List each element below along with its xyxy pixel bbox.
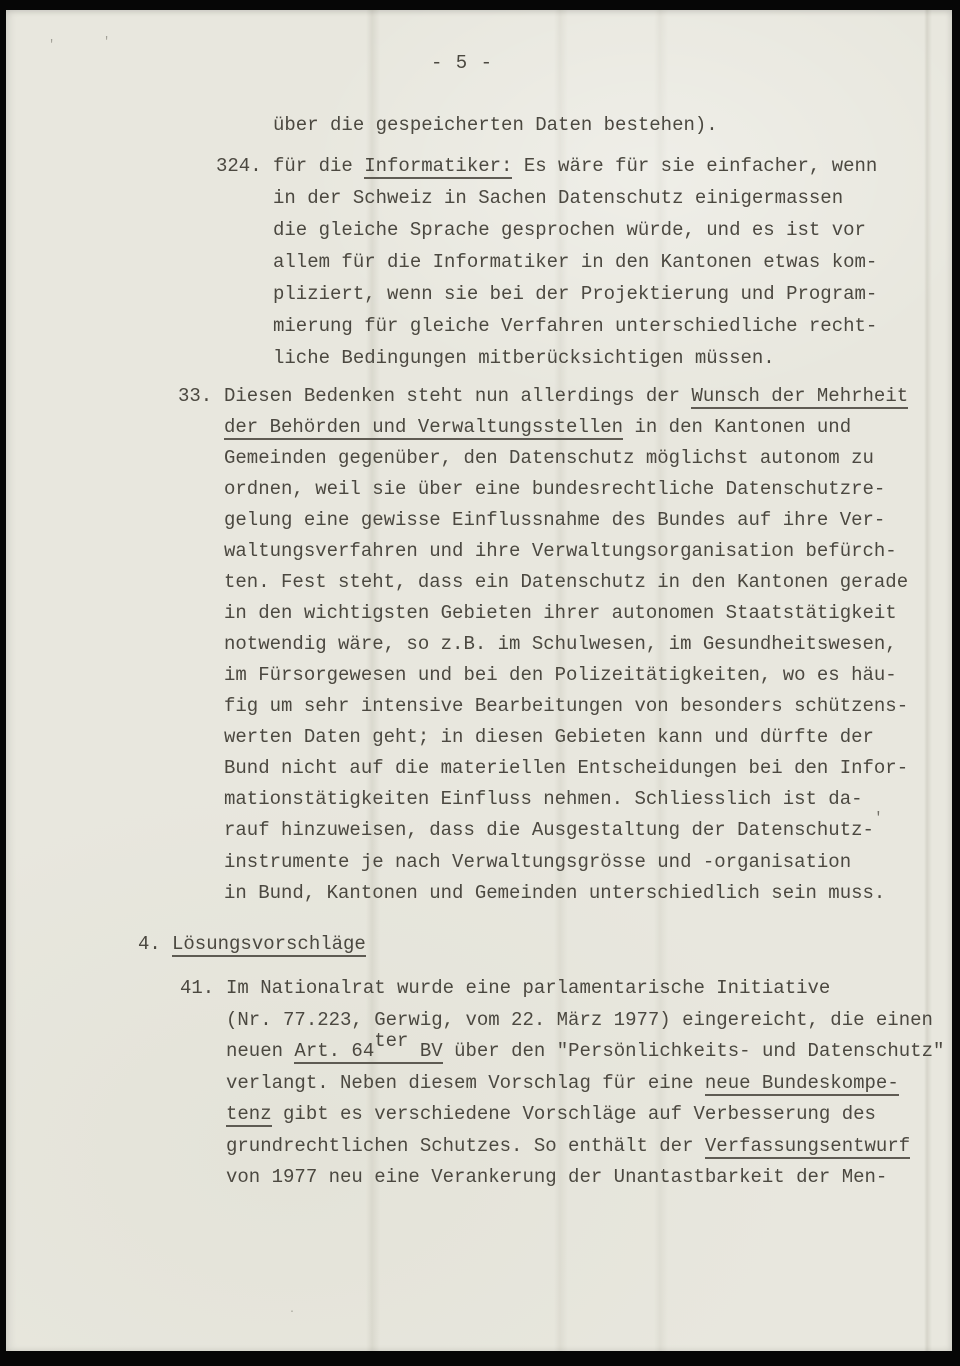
section-heading-4-number: 4. xyxy=(138,928,161,960)
text-line: rauf hinzuweisen, dass die Ausgestaltung… xyxy=(224,815,908,847)
text-line: in Bund, Kantonen und Gemeinden untersch… xyxy=(224,878,908,909)
page-number: - 5 - xyxy=(431,47,493,79)
scan-artifact-mark: ' xyxy=(874,810,883,827)
text-line: über die gespeicherten Daten bestehen). xyxy=(273,109,718,141)
scan-speck: ' xyxy=(103,35,110,49)
text-line: allem für die Informatiker in den Kanton… xyxy=(273,246,877,278)
item-33: 33.Diesen Bedenken steht nun allerdings … xyxy=(224,381,908,909)
text-line: pliziert, wenn sie bei der Projektierung… xyxy=(273,278,877,310)
scanner-background: { "page": { "number_label": "- 5 -", "pa… xyxy=(0,0,960,1366)
text-line: notwendig wäre, so z.B. im Schulwesen, i… xyxy=(224,629,908,660)
text-line: Diesen Bedenken steht nun allerdings der… xyxy=(224,381,908,412)
text-line: mierung für gleiche Verfahren unterschie… xyxy=(273,310,877,342)
text-line: tenz gibt es verschiedene Vorschläge auf… xyxy=(226,1099,944,1131)
text-line: liche Bedingungen mitberücksichtigen müs… xyxy=(273,342,877,374)
text-line: mationstätigkeiten Einfluss nehmen. Schl… xyxy=(224,784,908,815)
carryover-paragraph: über die gespeicherten Daten bestehen). xyxy=(273,109,718,141)
text-line: die gleiche Sprache gesprochen würde, un… xyxy=(273,214,877,246)
text-line: von 1977 neu eine Verankerung der Unanta… xyxy=(226,1162,944,1194)
item-41-number: 41. xyxy=(180,973,214,1005)
scan-speck: . xyxy=(289,1305,295,1316)
text-line: ten. Fest steht, dass ein Datenschutz in… xyxy=(224,567,908,598)
text-line: werten Daten geht; in diesen Gebieten ka… xyxy=(224,722,908,753)
text-line: im Fürsorgewesen und bei den Polizeitäti… xyxy=(224,660,908,691)
text-line: der Behörden und Verwaltungsstellen in d… xyxy=(224,412,908,443)
text-line: waltungsverfahren und ihre Verwaltungsor… xyxy=(224,536,908,567)
text-line: für die Informatiker: Es wäre für sie ei… xyxy=(273,150,877,182)
text-line: grundrechtlichen Schutzes. So enthält de… xyxy=(226,1131,944,1163)
text-line: Bund nicht auf die materiellen Entscheid… xyxy=(224,753,908,784)
text-line: in den wichtigsten Gebieten ihrer autono… xyxy=(224,598,908,629)
text-line: Gemeinden gegenüber, den Datenschutz mög… xyxy=(224,443,908,474)
text-line: Im Nationalrat wurde eine parlamentarisc… xyxy=(226,973,944,1005)
item-324: 324.für die Informatiker: Es wäre für si… xyxy=(273,150,877,374)
section-heading-4: 4.Lösungsvorschläge xyxy=(172,928,366,960)
item-33-number: 33. xyxy=(178,381,212,412)
text-line: ordnen, weil sie über eine bundesrechtli… xyxy=(224,474,908,505)
text-line: neuen Art. 64ter BV über den "Persönlich… xyxy=(226,1036,944,1068)
text-line: gelung eine gewisse Einflussnahme des Bu… xyxy=(224,505,908,536)
item-41: 41.Im Nationalrat wurde eine parlamentar… xyxy=(226,973,944,1194)
document-page: - 5 - ' ' . über die gespeicherten Daten… xyxy=(6,10,952,1351)
item-324-number: 324. xyxy=(216,150,262,182)
text-line: fig um sehr intensive Bearbeitungen von … xyxy=(224,691,908,722)
text-line: in der Schweiz in Sachen Datenschutz ein… xyxy=(273,182,877,214)
text-line: (Nr. 77.223, Gerwig, vom 22. März 1977) … xyxy=(226,1005,944,1037)
text-line: verlangt. Neben diesem Vorschlag für ein… xyxy=(226,1068,944,1100)
text-line: instrumente je nach Verwaltungsgrösse un… xyxy=(224,847,908,878)
superscript-text: ter xyxy=(374,1030,408,1052)
text-line: Lösungsvorschläge xyxy=(172,928,366,960)
scan-speck: ' xyxy=(48,38,55,52)
